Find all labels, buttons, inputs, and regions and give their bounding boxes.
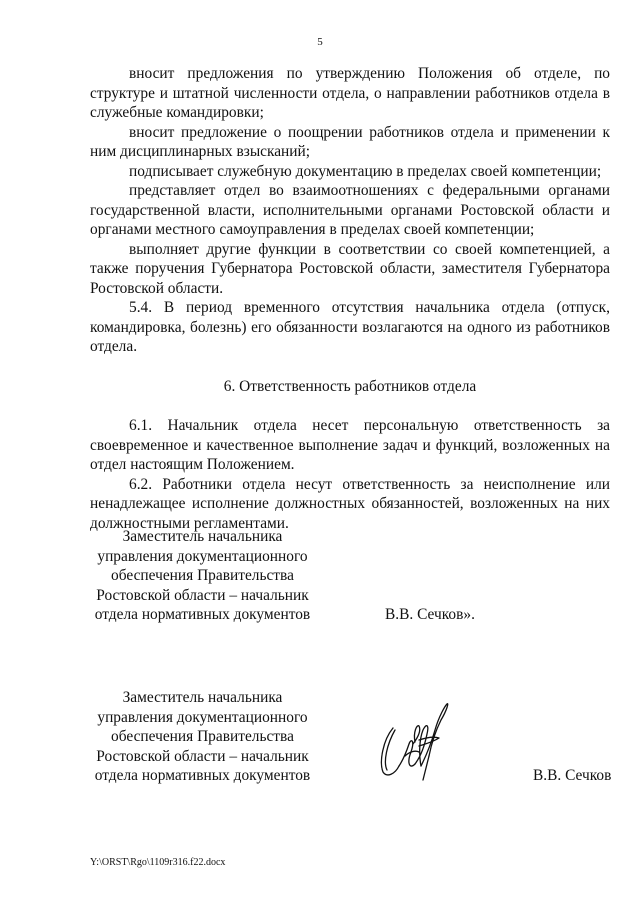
section-heading: 6. Ответственность работников отдела — [90, 377, 610, 397]
paragraph-5-4: 5.4. В период временного отсутствия нача… — [90, 298, 610, 357]
signatory-name: В.В. Сечков». — [385, 605, 475, 625]
paragraph: представляет отдел во взаимоотношениях с… — [90, 181, 610, 240]
title-line: обеспечения Правительства — [90, 727, 315, 747]
paragraph: выполняет другие функции в соответствии … — [90, 240, 610, 299]
paragraph: вносит предложение о поощрении работнико… — [90, 123, 610, 162]
title-line: Ростовской области – начальник — [90, 586, 315, 606]
signature-block-1: Заместитель начальника управления докуме… — [0, 527, 640, 627]
title-line: Заместитель начальника — [90, 527, 315, 547]
title-line: Заместитель начальника — [90, 688, 315, 708]
signatory-title: Заместитель начальника управления докуме… — [90, 688, 315, 786]
paragraph-6-2: 6.2. Работники отдела несут ответственно… — [90, 475, 610, 534]
signatory-name: В.В. Сечков — [533, 766, 611, 786]
title-line: обеспечения Правительства — [90, 566, 315, 586]
title-line: Ростовской области – начальник — [90, 747, 315, 767]
title-line: отдела нормативных документов — [90, 605, 315, 625]
page-number: 5 — [0, 36, 640, 48]
signatory-title: Заместитель начальника управления докуме… — [90, 527, 315, 625]
title-line: отдела нормативных документов — [90, 766, 315, 786]
signature-block-2: Заместитель начальника управления докуме… — [0, 688, 640, 798]
title-line: управления документационного — [90, 708, 315, 728]
paragraph: подписывает служебную документацию в пре… — [90, 162, 610, 182]
paragraph-6-1: 6.1. Начальник отдела несет персональную… — [90, 416, 610, 475]
document-body: вносит предложения по утверждению Положе… — [90, 64, 610, 533]
handwritten-signature-icon — [375, 700, 455, 790]
paragraph: вносит предложения по утверждению Положе… — [90, 64, 610, 123]
file-path-footer: Y:\ORST\Rgo\1109r316.f22.docx — [90, 857, 225, 868]
title-line: управления документационного — [90, 547, 315, 567]
